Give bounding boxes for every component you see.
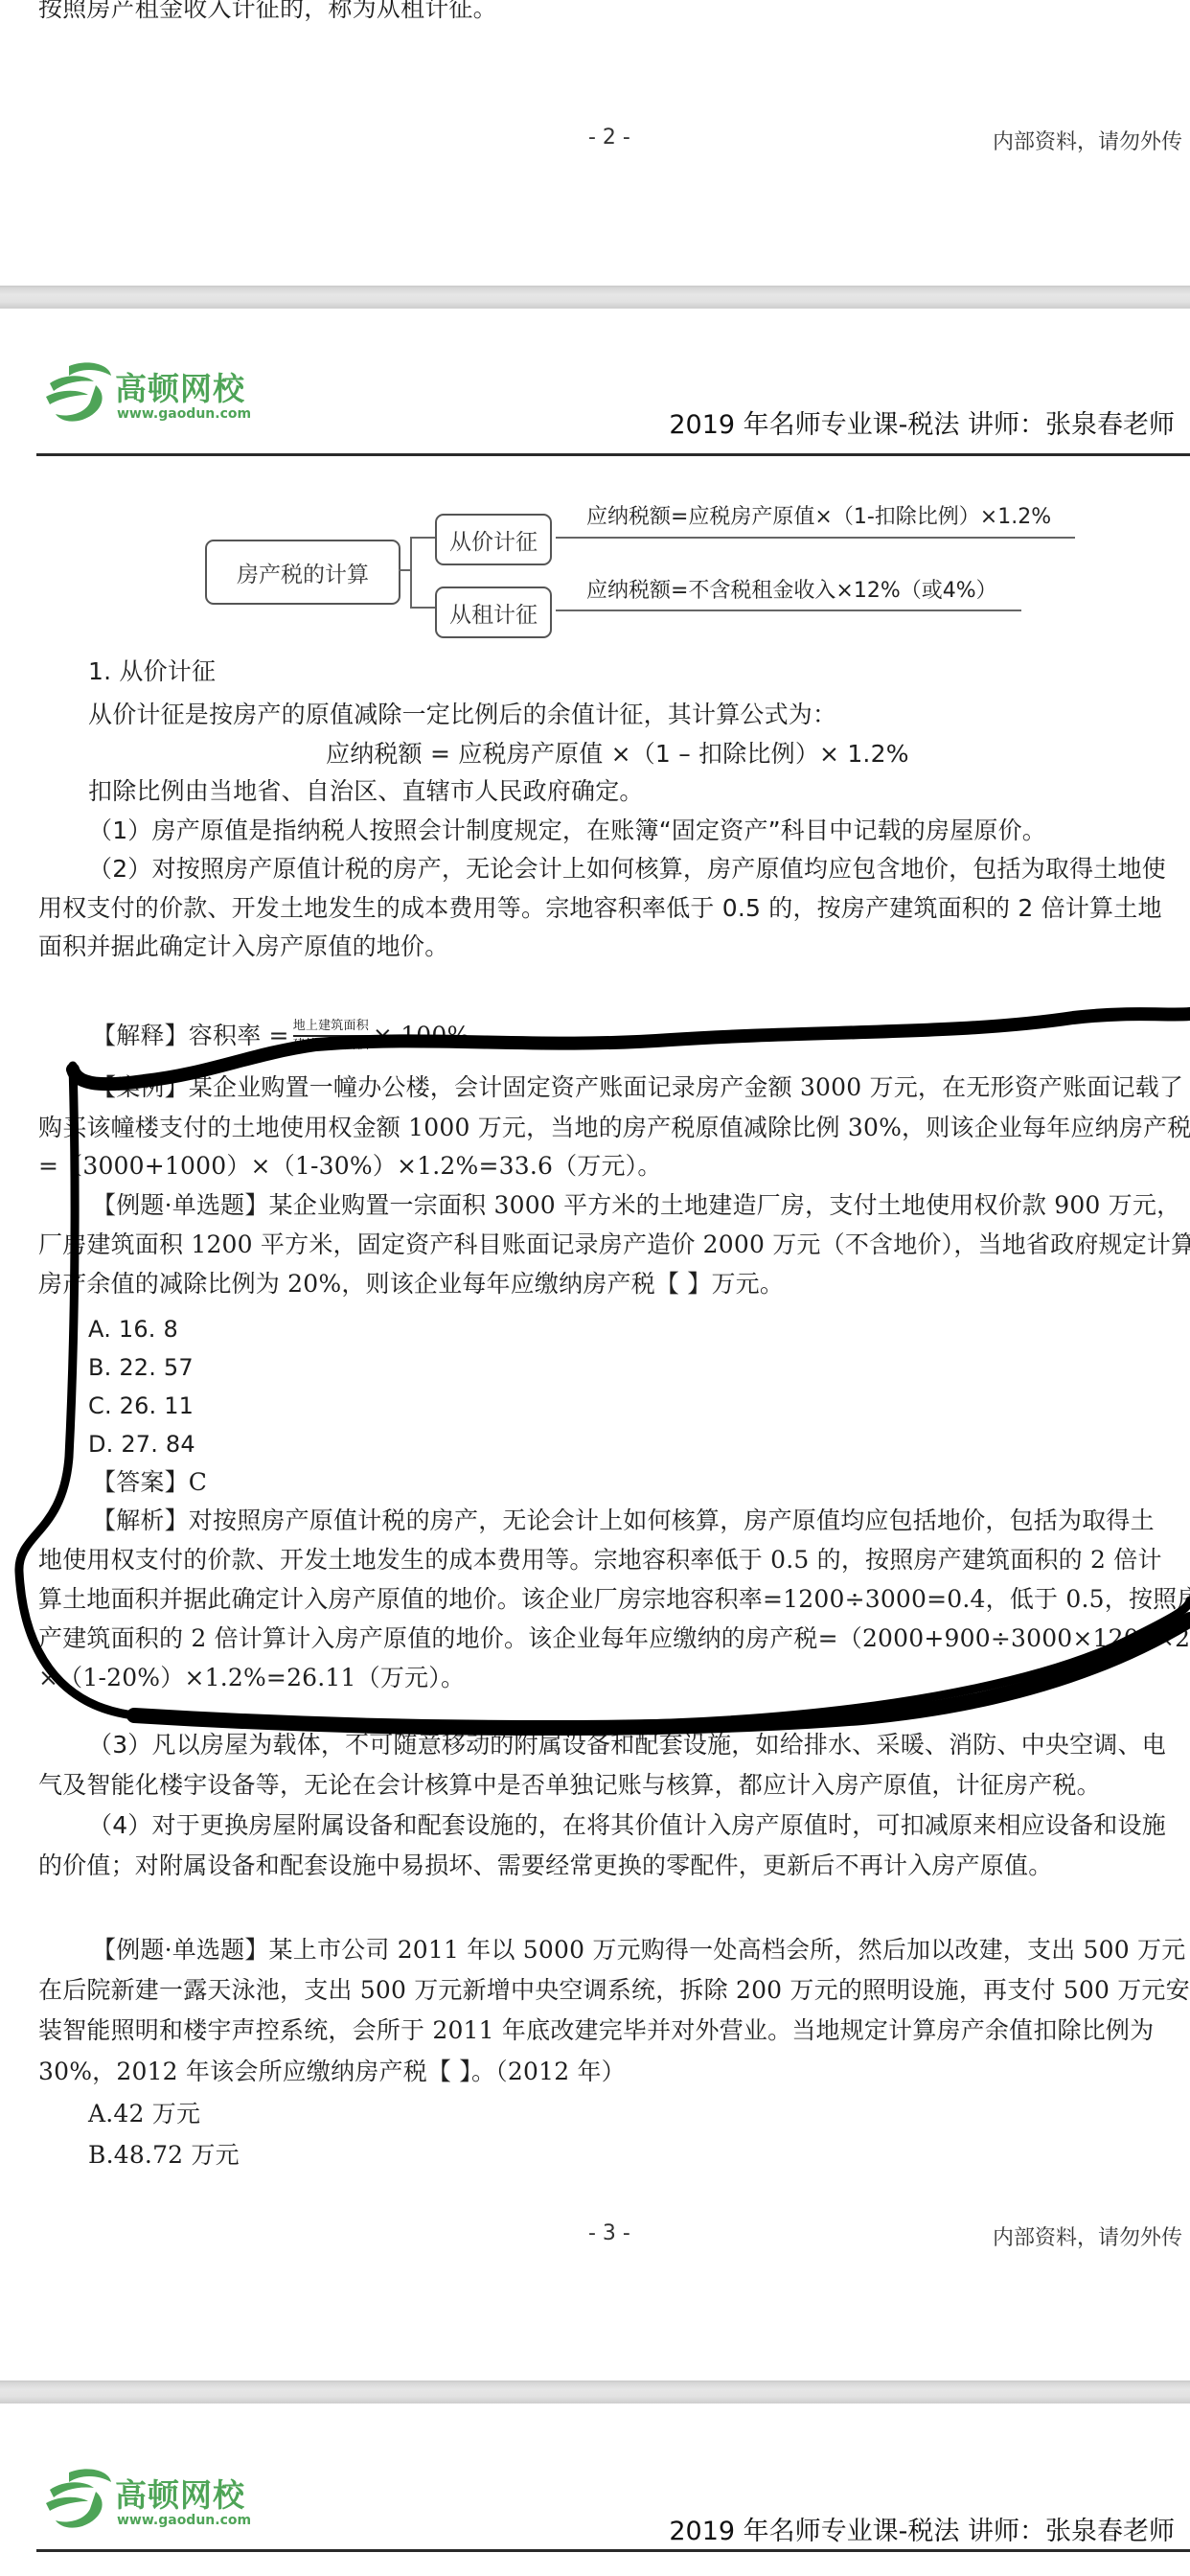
- logo-brand: 高顿网校: [115, 364, 245, 409]
- logo-url: www.gaodun.com: [117, 406, 251, 422]
- paragraph-line: 【例题·单选题】某上市公司 2011 年以 5000 万元购得一处高档会所，然后…: [92, 1934, 1185, 1966]
- header-rule: [36, 453, 1190, 456]
- paragraph-line: 【案例】某企业购置一幢办公楼，会计固定资产账面记录房产金额 3000 万元，在无…: [92, 1071, 1183, 1104]
- footer-note: 内部资料，请勿外传: [993, 126, 1182, 155]
- option-d: D. 27. 84: [88, 1428, 195, 1460]
- gaodun-logo-icon: [40, 356, 117, 429]
- paragraph-line: 【例题·单选题】某企业购置一宗面积 3000 平方米的土地建造厂房，支付土地使用…: [92, 1189, 1180, 1222]
- gaodun-logo-icon: [40, 2463, 117, 2536]
- fraction-bar: [293, 1035, 369, 1037]
- paragraph-line: 房产余值的减除比例为 20%，则该企业每年应缴纳房产税【 】万元。: [38, 1268, 784, 1300]
- header-rule: [36, 2549, 1190, 2552]
- mindmap-branch-rental: 从租计征: [435, 586, 552, 638]
- paragraph-line: 产建筑面积的 2 倍计算计入房产原值的地价。该企业每年应缴纳的房产税=（2000…: [38, 1622, 1190, 1655]
- mindmap-connector: [410, 607, 435, 609]
- formula: 应纳税额 = 应税房产原值 ×（1 – 扣除比例）× 1.2%: [326, 738, 909, 770]
- mindmap-connector: [399, 569, 410, 571]
- paragraph-line: 购买该幢楼支付的土地使用权金额 1000 万元，当地的房产税原值减除比例 30%…: [38, 1112, 1190, 1144]
- explain-formula: 【解释】容积率 = 地上建筑面积 建筑用地面积 × 100%: [92, 1019, 469, 1053]
- paragraph-line: （1）房产原值是指纳税人按照会计制度规定，在账簿“固定资产”科目中记载的房屋原价…: [88, 815, 1046, 847]
- paragraph-line: =（3000+1000）×（1-30%）×1.2%=33.6（万元）。: [38, 1150, 662, 1183]
- paragraph-line: 面积并据此确定计入房产原值的地价。: [38, 931, 448, 963]
- paragraph-line: 装智能照明和楼宇声控系统，会所于 2011 年底改建完毕并对外营业。当地规定计算…: [38, 2014, 1154, 2047]
- mindmap-formula-rental: 应纳税额=不含税租金收入×12%（或4%）: [586, 574, 997, 604]
- paragraph-line: 用权支付的价款、开发土地发生的成本费用等。宗地容积率低于 0.5 的，按房产建筑…: [38, 892, 1162, 925]
- option-c: C. 26. 11: [88, 1390, 194, 1422]
- fraction-numerator: 地上建筑面积: [293, 1019, 369, 1034]
- logo-brand: 高顿网校: [115, 2471, 245, 2516]
- logo-url: www.gaodun.com: [117, 2513, 251, 2528]
- paragraph-line: 算土地面积并据此确定计入房产原值的地价。该企业厂房宗地容积率=1200÷3000…: [38, 1583, 1190, 1616]
- mindmap-connector: [410, 537, 412, 608]
- option-a: A. 16. 8: [88, 1313, 178, 1345]
- logo: 高顿网校 www.gaodun.com: [40, 356, 251, 433]
- mindmap-root: 房产税的计算: [205, 540, 400, 605]
- fraction-denominator: 建筑用地面积: [293, 1038, 369, 1053]
- header-title: 2019 年名师专业课-税法 讲师：张泉春老师: [669, 2510, 1175, 2547]
- option-b: B. 22. 57: [88, 1351, 194, 1384]
- paragraph-line: 厂房建筑面积 1200 平方米，固定资产科目账面记录房产造价 2000 万元（不…: [38, 1229, 1190, 1261]
- option-a: A.42 万元: [88, 2098, 200, 2130]
- logo: 高顿网校 www.gaodun.com: [40, 2463, 251, 2540]
- mindmap-connector: [556, 537, 1075, 539]
- paragraph-line: 地使用权支付的价款、开发土地发生的成本费用等。宗地容积率低于 0.5 的，按照房…: [38, 1544, 1162, 1576]
- paragraph-line: 30%，2012 年该会所应缴纳房产税【 】。（2012 年）: [38, 2056, 626, 2088]
- mindmap-branch-ad-valorem: 从价计征: [435, 514, 552, 565]
- fraction: 地上建筑面积 建筑用地面积: [293, 1019, 369, 1053]
- paragraph-line: 按照房产租金收入计征的，称为从租计征。: [38, 0, 497, 25]
- paragraph-line: （4）对于更换房屋附属设备和配套设施的，在将其价值计入房产原值时，可扣减原来相应…: [88, 1809, 1166, 1842]
- explain-label: 【解释】容积率 =: [92, 1020, 289, 1052]
- paragraph-line: ×（1-20%）×1.2%=26.11（万元）。: [38, 1662, 465, 1694]
- section-heading: 1. 从价计征: [88, 655, 216, 688]
- mindmap-formula-ad-valorem: 应纳税额=应税房产原值×（1-扣除比例）×1.2%: [586, 500, 1051, 530]
- mindmap-connector: [556, 609, 1021, 611]
- paragraph-line: （3）凡以房屋为载体，不可随意移动的附属设备和配套设施，如给排水、采暖、消防、中…: [88, 1729, 1166, 1761]
- paragraph-line: （2）对按照房产原值计税的房产，无论会计上如何核算，房产原值均应包含地价，包括为…: [88, 853, 1166, 885]
- paragraph-line: 气及智能化楼宇设备等，无论在会计核算中是否单独记账与核算，都应计入房产原值，计征…: [38, 1769, 1101, 1802]
- option-b: B.48.72 万元: [88, 2139, 240, 2172]
- paragraph-line: 【解析】对按照房产原值计税的房产，无论会计上如何核算，房产原值均应包括地价，包括…: [92, 1505, 1155, 1537]
- page-separator: [0, 2380, 1190, 2403]
- page-separator: [0, 286, 1190, 309]
- paragraph-line: 从价计征是按房产的原值减除一定比例后的余值计征，其计算公式为：: [88, 699, 836, 731]
- header-title: 2019 年名师专业课-税法 讲师：张泉春老师: [669, 403, 1175, 441]
- paragraph-line: 在后院新建一露天泳池，支出 500 万元新增中央空调系统，拆除 200 万元的照…: [38, 1974, 1190, 2007]
- page-number: - 2 -: [588, 126, 630, 149]
- footer-note: 内部资料，请勿外传: [993, 2221, 1182, 2251]
- paragraph-line: 扣除比例由当地省、自治区、直辖市人民政府确定。: [88, 775, 644, 808]
- explain-suffix: × 100%: [373, 1020, 470, 1052]
- answer: 【答案】C: [92, 1466, 207, 1499]
- mindmap-connector: [410, 537, 435, 539]
- paragraph-line: 的价值；对附属设备和配套设施中易损坏、需要经常更换的零配件，更新后不再计入房产原…: [38, 1850, 1052, 1882]
- page-number: - 3 -: [588, 2221, 630, 2245]
